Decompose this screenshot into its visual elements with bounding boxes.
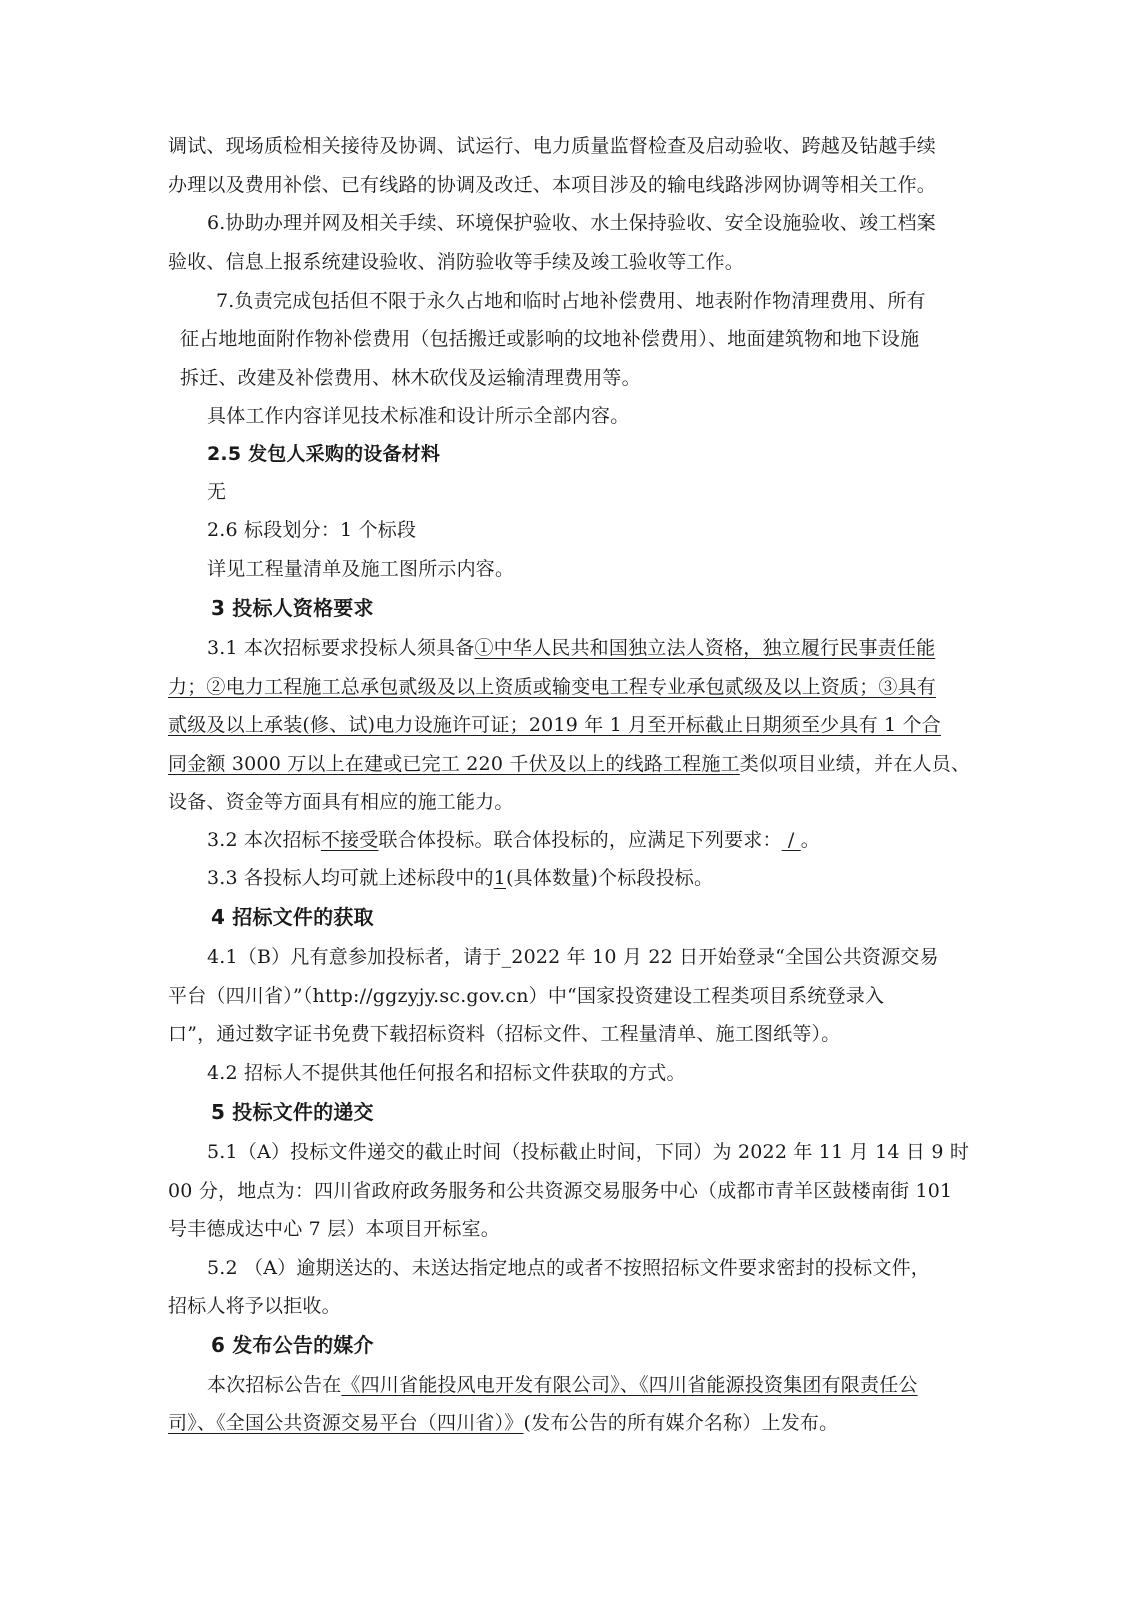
section-4-1-line: 4.1（B）凡有意参加投标者，请于_2022 年 10 月 22 日开始登录“全… <box>207 945 997 969</box>
section-2-6-note: 详见工程量清单及施工图所示内容。 <box>207 557 997 581</box>
item-6-line: 验收、信息上报系统建设验收、消防验收等手续及竣工验收等工作。 <box>168 250 958 274</box>
section-6-tail: (发布公告的所有媒介名称）上发布。 <box>524 1412 839 1434</box>
section-3-1-line: 力；②电力工程施工总承包贰级及以上资质或输变电工程专业承包贰级及以上资质；③具有 <box>168 675 958 699</box>
item-7-line: 拆迁、改建及补偿费用、林木砍伐及运输清理费用等。 <box>180 366 970 390</box>
section-4-heading: 4 招标文件的获取 <box>211 905 1001 929</box>
lot-count-underlined: 1 <box>494 867 506 889</box>
not-accepted-underlined: 不接受 <box>321 829 379 851</box>
section-3-1-line: 同金额 3000 万以上在建或已完工 220 千伏及以上的线路工程施工类似项目业… <box>168 752 958 776</box>
section-3-1-line: 3.1 本次招标要求投标人须具备①中华人民共和国独立法人资格，独立履行民事责任能 <box>207 636 997 660</box>
detail-note: 具体工作内容详见技术标准和设计所示全部内容。 <box>207 404 997 428</box>
section-2-5-heading: 2.5 发包人采购的设备材料 <box>207 442 997 466</box>
section-5-heading: 5 投标文件的递交 <box>211 1100 1001 1124</box>
item-6-line: 6.协助办理并网及相关手续、环境保护验收、水土保持验收、安全设施验收、竣工档案 <box>207 211 997 235</box>
section-3-2-mid: 联合体投标。联合体投标的，应满足下列要求： <box>378 829 781 851</box>
item-7-line: 征占地地面附作物补偿费用（包括搬迁或影响的坟地补偿费用）、地面建筑物和地下设施 <box>180 327 970 351</box>
section-5-1-line: 00 分，地点为：四川省政府政务服务和公共资源交易服务中心（成都市青羊区鼓楼南街… <box>168 1179 958 1203</box>
requirements-blank: / <box>782 829 801 851</box>
qualification-underlined: ①中华人民共和国独立法人资格，独立履行民事责任能 <box>474 637 935 659</box>
section-3-2-prefix: 3.2 本次招标 <box>207 829 321 851</box>
section-3-2-end: 。 <box>801 829 820 851</box>
section-6-heading: 6 发布公告的媒介 <box>211 1333 1001 1357</box>
section-3-3-prefix: 3.3 各投标人均可就上述标段中的 <box>207 867 494 889</box>
qualification-underlined: 同金额 3000 万以上在建或已完工 220 千伏及以上的线路工程施工 <box>168 753 740 775</box>
section-5-1-line: 5.1（A）投标文件递交的截止时间（投标截止时间，下同）为 2022 年 11 … <box>207 1140 997 1164</box>
section-4-2: 4.2 招标人不提供其他任何报名和招标文件获取的方式。 <box>207 1061 997 1085</box>
section-6-line: 本次招标公告在《四川省能投风电开发有限公司》、《四川省能源投资集团有限责任公 <box>207 1373 997 1397</box>
item-7-line: 7.负责完成包括但不限于永久占地和临时占地补偿费用、地表附作物清理费用、所有 <box>216 289 1006 313</box>
section-4-1-line: 口”，通过数字证书免费下载招标资料（招标文件、工程量清单、施工图纸等）。 <box>168 1022 958 1046</box>
section-5-2-line: 5.2 （A）逾期送达的、未送达指定地点的或者不按照招标文件要求密封的投标文件， <box>207 1256 997 1280</box>
paragraph-line: 办理以及费用补偿、已有线路的协调及改迁、本项目涉及的输电线路涉网协调等相关工作。 <box>168 173 958 197</box>
section-3-heading: 3 投标人资格要求 <box>211 596 1001 620</box>
section-2-5-body: 无 <box>207 480 997 504</box>
section-3-1-prefix: 3.1 本次招标要求投标人须具备 <box>207 637 474 659</box>
section-3-3: 3.3 各投标人均可就上述标段中的1(具体数量)个标段投标。 <box>207 866 997 890</box>
media-names-underlined: 司》、《全国公共资源交易平台（四川省）》 <box>168 1412 524 1434</box>
document-page: 调试、现场质检相关接待及协调、试运行、电力质量监督检查及启动验收、跨越及钻越手续… <box>0 0 1131 1600</box>
section-3-1-line: 设备、资金等方面具有相应的施工能力。 <box>168 790 958 814</box>
section-3-1-tail: 类似项目业绩，并在人员、 <box>740 753 970 775</box>
media-names-underlined: 《四川省能投风电开发有限公司》、《四川省能源投资集团有限责任公 <box>341 1374 917 1396</box>
section-4-1-line: 平台（四川省）”（http://ggzyjy.sc.gov.cn）中“国家投资建… <box>168 984 958 1008</box>
section-3-2: 3.2 本次招标不接受联合体投标。联合体投标的，应满足下列要求： / 。 <box>207 828 997 852</box>
paragraph-line: 调试、现场质检相关接待及协调、试运行、电力质量监督检查及启动验收、跨越及钻越手续 <box>168 134 958 158</box>
section-5-1-line: 号丰德成达中心 7 层）本项目开标室。 <box>168 1217 958 1241</box>
section-2-6: 2.6 标段划分：1 个标段 <box>207 518 997 542</box>
section-6-line: 司》、《全国公共资源交易平台（四川省）》(发布公告的所有媒介名称）上发布。 <box>168 1411 958 1435</box>
section-3-1-line: 贰级及以上承装(修、试)电力设施许可证；2019 年 1 月至开标截止日期须至少… <box>168 713 958 737</box>
section-3-3-end: (具体数量)个标段投标。 <box>506 867 713 889</box>
section-5-2-line: 招标人将予以拒收。 <box>168 1294 958 1318</box>
section-6-prefix: 本次招标公告在 <box>207 1374 341 1396</box>
